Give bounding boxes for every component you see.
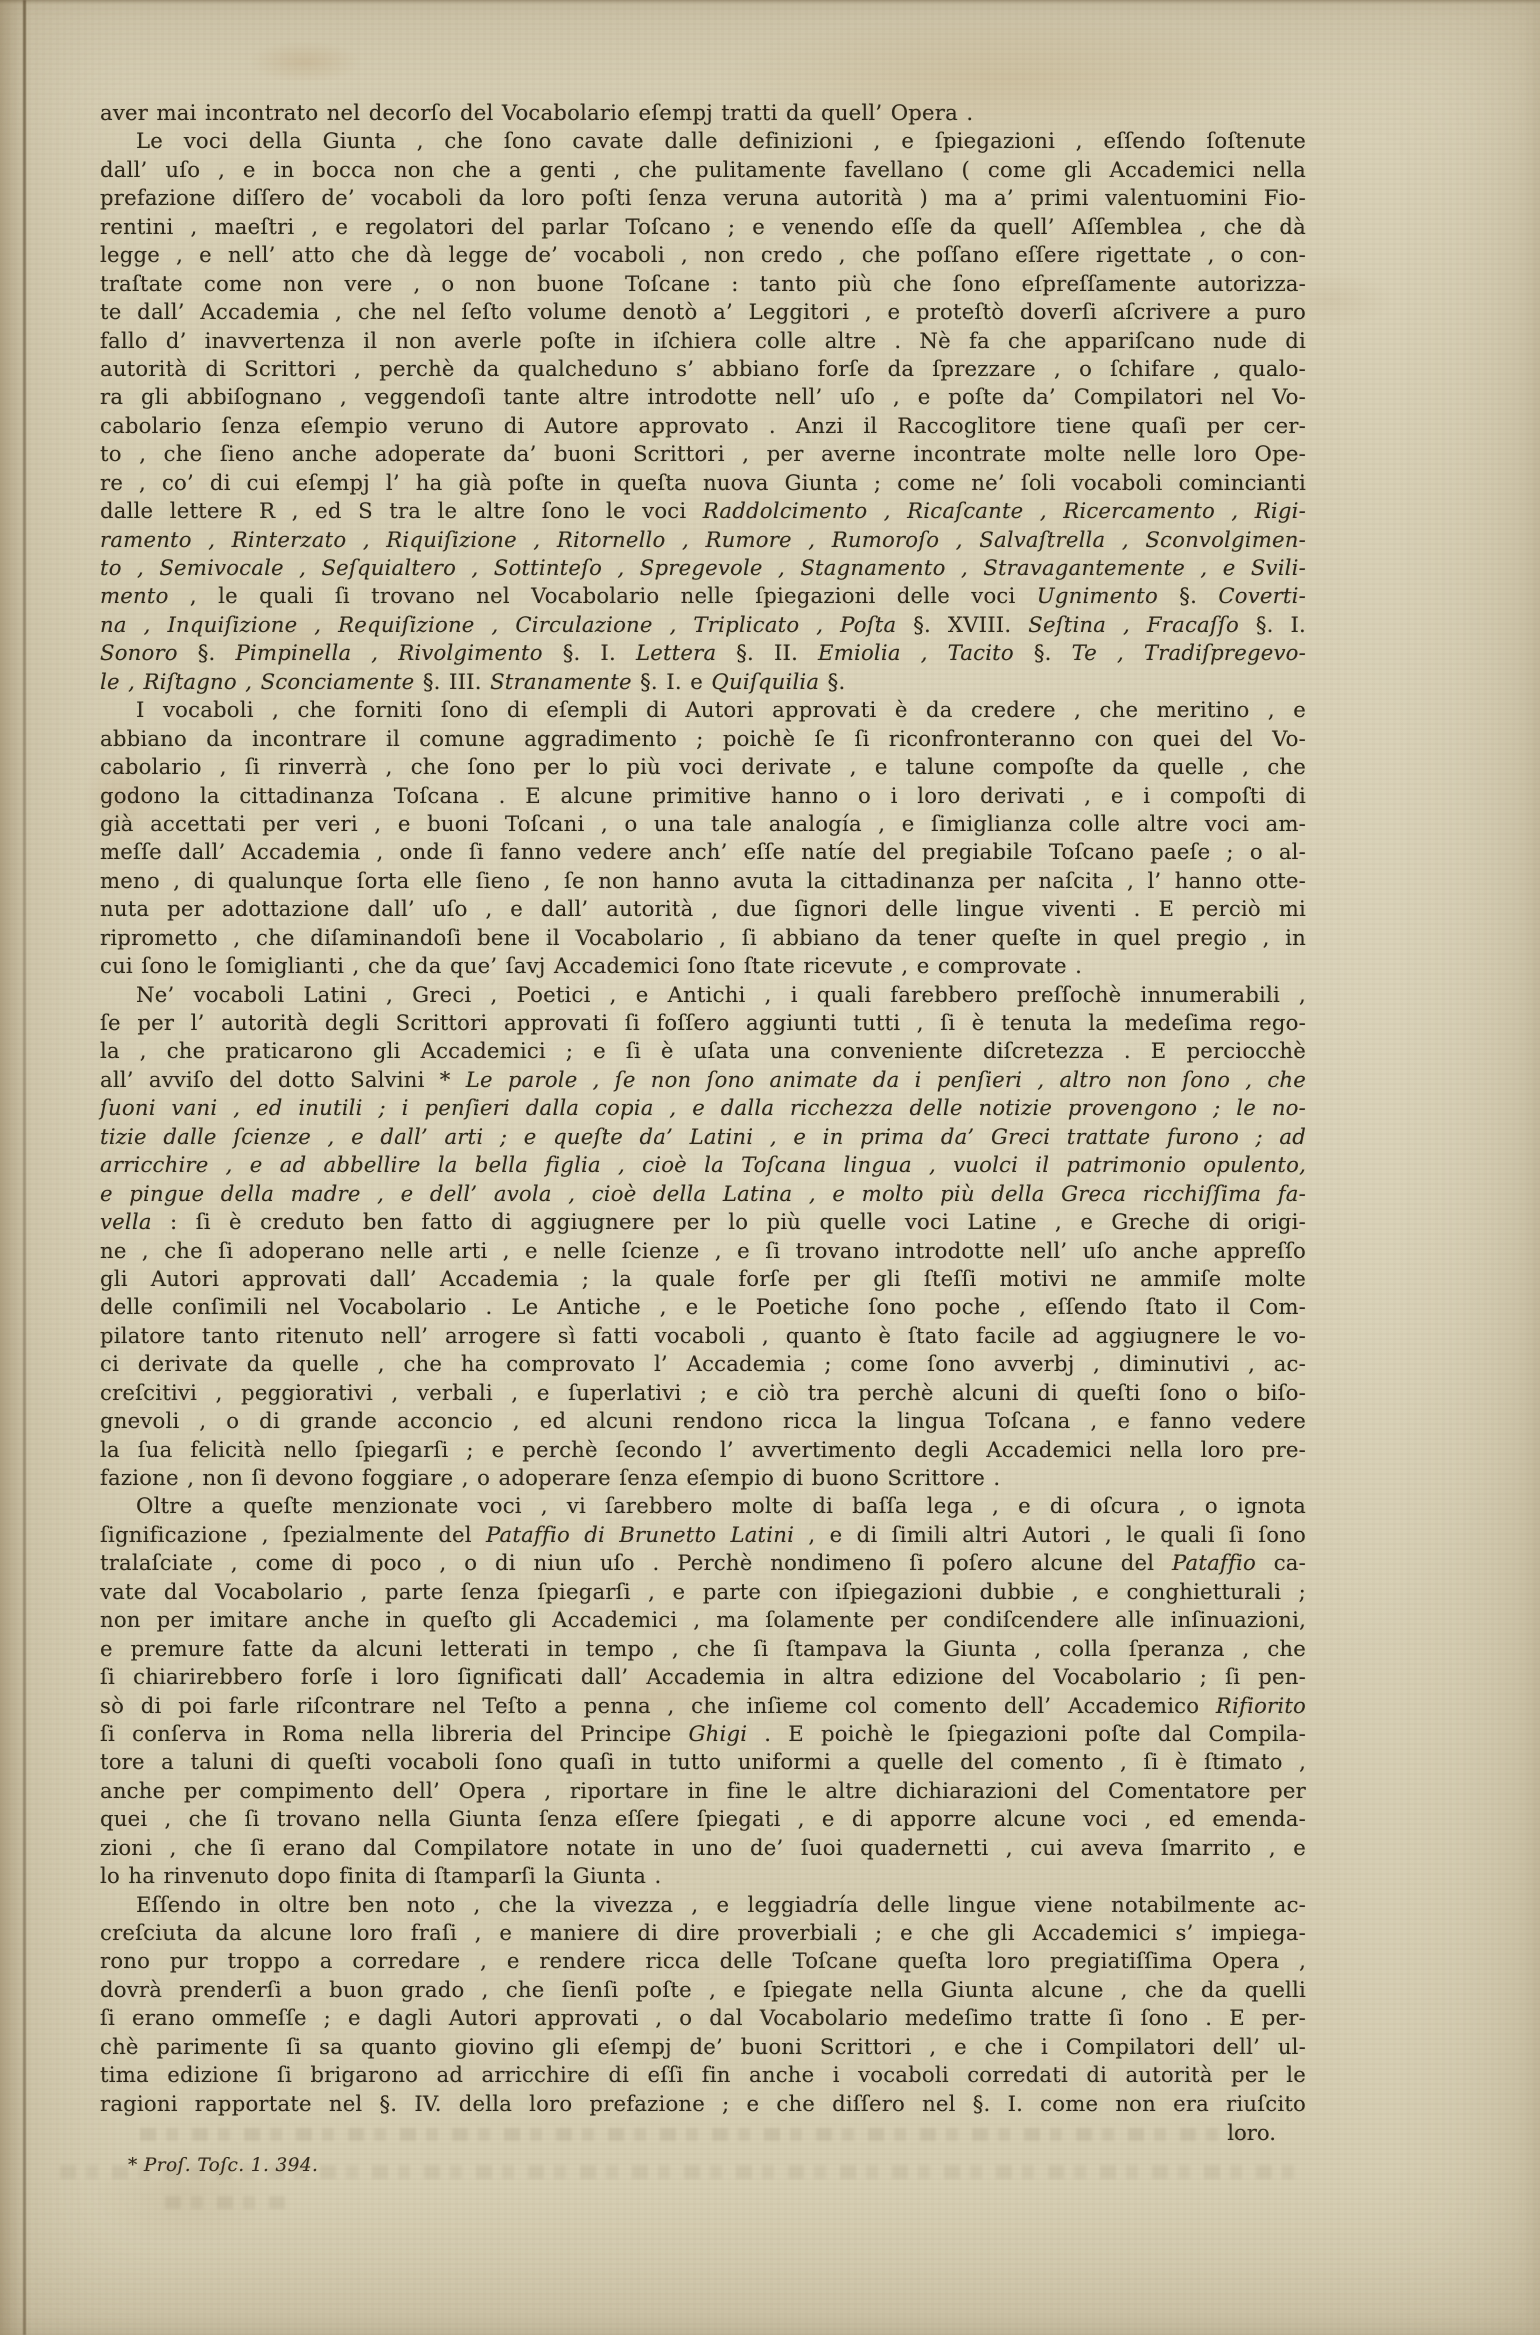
text-segment: §. XVIII.: [896, 612, 1028, 637]
text-segment: ci derivate da quelle , che ha comprovat…: [100, 1351, 1306, 1376]
text-segment: già accettati per veri , e buoni Toſcani…: [100, 811, 1306, 836]
italic-text-segment: Ugnimento: [1037, 583, 1158, 608]
text-segment: creſcitivi , peggiorativi , verbali , e …: [100, 1380, 1306, 1405]
text-line: vate dal Vocabolario , parte ſenza ſpieg…: [100, 1578, 1306, 1606]
text-segment: zioni , che ſi erano dal Compilatore not…: [100, 1835, 1306, 1860]
text-segment: ſi conſerva in Roma nella libreria del P…: [100, 1721, 689, 1746]
text-segment: dall’ uſo , e in bocca non che a genti ,…: [100, 157, 1306, 182]
italic-text-segment: Rifiorito: [1216, 1693, 1306, 1718]
italic-text-segment: Ghigi: [689, 1721, 748, 1746]
text-line: cui ſono le ſomiglianti , che da que’ ſa…: [100, 952, 1306, 980]
text-segment: pilatore tanto ritenuto nell’ arrogere s…: [100, 1323, 1306, 1348]
text-segment: gli Autori approvati dall’ Accademia ; l…: [100, 1266, 1306, 1291]
italic-text-segment: tizie dalle ſcienze , e dall’ arti ; e q…: [100, 1124, 1306, 1149]
text-segment: cui ſono le ſomiglianti , che da que’ ſa…: [100, 953, 1082, 978]
page-top-edge: [0, 0, 1540, 4]
footnote: * Proſ. Toſc. 1. 394.: [128, 2154, 318, 2178]
text-line: fazione , non ſi devono foggiare , o ado…: [100, 1464, 1306, 1492]
text-line: vella : ſi è creduto ben fatto di aggiug…: [100, 1208, 1306, 1236]
text-line: e pingue della madre , e dell’ avola , c…: [100, 1180, 1306, 1208]
text-line: tralaſciate , come di poco , o di niun u…: [100, 1549, 1306, 1577]
text-line: na , Inquiſizione , Requiſizione , Circu…: [100, 611, 1306, 639]
italic-text-segment: Pataffio: [1172, 1550, 1256, 1575]
text-line: ramento , Rinterzato , Riquiſizione , Ri…: [100, 526, 1306, 554]
text-segment: ſignificazione , ſpezialmente del: [100, 1522, 486, 1547]
text-segment: rentini , maeſtri , e regolatori del par…: [100, 214, 1306, 239]
italic-text-segment: Quiſquilia: [711, 669, 819, 694]
text-line: re , co’ di cui eſempj l’ ha già poſte i…: [100, 469, 1306, 497]
text-line: creſcitivi , peggiorativi , verbali , e …: [100, 1379, 1306, 1407]
text-segment: traſtate come non vere , o non buone Toſ…: [100, 271, 1306, 296]
text-segment: fazione , non ſi devono foggiare , o ado…: [100, 1465, 1000, 1490]
italic-text-segment: Pataffio di Brunetto Latini: [486, 1522, 794, 1547]
text-segment: meno , di qualunque ſorta elle ſieno , ſ…: [100, 868, 1306, 893]
text-line: godono la cittadinanza Toſcana . E alcun…: [100, 782, 1306, 810]
italic-text-segment: Lettera: [636, 640, 716, 665]
text-line: ci derivate da quelle , che ha comprovat…: [100, 1350, 1306, 1378]
text-line: legge , e nell’ atto che dà legge de’ vo…: [100, 241, 1306, 269]
text-line: I vocaboli , che forniti ſono di eſempli…: [100, 696, 1306, 724]
text-segment: autorità di Scrittori , perchè da qualch…: [100, 356, 1306, 381]
italic-text-segment: le , Riſtagno , Sconciamente: [100, 669, 414, 694]
text-segment: rono pur troppo a corredare , e rendere …: [100, 1948, 1306, 1973]
italic-text-segment: Seſtina , Fracaſſo: [1028, 612, 1239, 637]
text-segment: la ſua felicità nello ſpiegarſi ; e perc…: [100, 1437, 1306, 1462]
text-segment: to , che ſieno anche adoperate da’ buoni…: [100, 441, 1306, 466]
text-segment: ragioni rapportate nel §. IV. della loro…: [100, 2091, 1306, 2116]
book-page: { "document": { "kind": "printed-book-pa…: [0, 0, 1540, 2335]
text-segment: sò di poi farle riſcontrare nel Teſto a …: [100, 1693, 1216, 1718]
text-segment: godono la cittadinanza Toſcana . E alcun…: [100, 783, 1306, 808]
text-line: tore a taluni di queſti vocaboli ſono qu…: [100, 1748, 1306, 1776]
text-segment: §.: [1158, 583, 1218, 608]
text-line: ſignificazione , ſpezialmente del Pataff…: [100, 1521, 1306, 1549]
text-line: ſi chiarirebbero forſe i loro ſignificat…: [100, 1663, 1306, 1691]
text-segment: quei , che ſi trovano nella Giunta ſenza…: [100, 1806, 1306, 1831]
text-segment: ne , che ſi adoperano nelle arti , e nel…: [100, 1238, 1306, 1263]
text-segment: ſi erano ommeſſe ; e dagli Autori approv…: [100, 2005, 1306, 2030]
text-segment: gnevoli , o di grande acconcio , ed alcu…: [100, 1408, 1306, 1433]
text-line: cabolario , ſi rinverrà , che ſono per l…: [100, 753, 1306, 781]
text-line: sò di poi farle riſcontrare nel Teſto a …: [100, 1692, 1306, 1720]
text-line: le , Riſtagno , Sconciamente §. III. Str…: [100, 668, 1306, 696]
text-line: quei , che ſi trovano nella Giunta ſenza…: [100, 1805, 1306, 1833]
text-segment: §.: [1014, 640, 1072, 665]
text-line: e premure fatte da alcuni letterati in t…: [100, 1635, 1306, 1663]
italic-text-segment: Coverti-: [1218, 583, 1306, 608]
italic-text-segment: na , Inquiſizione , Requiſizione , Circu…: [100, 612, 896, 637]
text-line: abbiano da incontrare il comune aggradim…: [100, 725, 1306, 753]
text-line: rentini , maeſtri , e regolatori del par…: [100, 213, 1306, 241]
text-segment: Le voci della Giunta , che ſono cavate d…: [136, 128, 1306, 153]
italic-text-segment: Raddolcimento , Ricaſcante , Ricercament…: [703, 498, 1306, 523]
text-segment: §. I. e: [632, 669, 712, 694]
text-line: Ne’ vocaboli Latini , Greci , Poetici , …: [100, 981, 1306, 1009]
text-segment: §. I.: [1239, 612, 1306, 637]
text-line: lo ha rinvenuto dopo finita di ſtamparſi…: [100, 1862, 1306, 1890]
text-segment: §. I.: [543, 640, 636, 665]
text-segment: lo ha rinvenuto dopo finita di ſtamparſi…: [100, 1863, 661, 1888]
text-segment: dovrà prenderſi a buon grado , che ſienſ…: [100, 1977, 1306, 2002]
text-line: zioni , che ſi erano dal Compilatore not…: [100, 1834, 1306, 1862]
text-line: autorità di Scrittori , perchè da qualch…: [100, 355, 1306, 383]
text-segment: ra gli abbiſognano , veggendoſi tante al…: [100, 384, 1306, 409]
text-line: ne , che ſi adoperano nelle arti , e nel…: [100, 1237, 1306, 1265]
text-line: cabolario ſenza eſempio veruno di Autore…: [100, 412, 1306, 440]
italic-text-segment: vella: [100, 1209, 152, 1234]
text-segment: Ne’ vocaboli Latini , Greci , Poetici , …: [136, 982, 1306, 1007]
text-segment: §.: [178, 640, 236, 665]
text-line: arricchire , e ad abbellire la bella fig…: [100, 1151, 1306, 1179]
italic-text-segment: Stranamente: [490, 669, 632, 694]
text-segment: riprometto , che diſaminandoſi bene il V…: [100, 925, 1306, 950]
text-line: delle conſimili nel Vocabolario . Le Ant…: [100, 1293, 1306, 1321]
italic-text-segment: arricchire , e ad abbellire la bella fig…: [100, 1152, 1306, 1177]
text-line: mento , le quali ſi trovano nel Vocabola…: [100, 582, 1306, 610]
text-line: Sonoro §. Pimpinella , Rivolgimento §. I…: [100, 639, 1306, 667]
text-line: ragioni rapportate nel §. IV. della loro…: [100, 2090, 1306, 2118]
text-line: aver mai incontrato nel decorſo del Voca…: [100, 99, 1306, 127]
text-line: tizie dalle ſcienze , e dall’ arti ; e q…: [100, 1123, 1306, 1151]
text-line: gli Autori approvati dall’ Accademia ; l…: [100, 1265, 1306, 1293]
text-line: Oltre a queſte menzionate voci , vi ſare…: [100, 1492, 1306, 1520]
text-segment: re , co’ di cui eſempj l’ ha già poſte i…: [100, 470, 1306, 495]
text-line: to , Semivocale , Seſquialtero , Sottint…: [100, 554, 1306, 582]
text-line: creſciuta da alcune loro fraſi , e manie…: [100, 1919, 1306, 1947]
text-line: ſi conſerva in Roma nella libreria del P…: [100, 1720, 1306, 1748]
text-segment: te dall’ Accademia , che nel ſeſto volum…: [100, 299, 1306, 324]
text-line: ſe per l’ autorità degli Scrittori appro…: [100, 1009, 1306, 1037]
text-segment: Eſſendo in oltre ben noto , che la vivez…: [136, 1892, 1306, 1917]
italic-text-segment: Pimpinella , Rivolgimento: [235, 640, 542, 665]
text-line: pilatore tanto ritenuto nell’ arrogere s…: [100, 1322, 1306, 1350]
text-segment: nuta per adottazione dall’ uſo , e dall’…: [100, 896, 1306, 921]
italic-text-segment: ramento , Rinterzato , Riquiſizione , Ri…: [100, 527, 1306, 552]
text-line: la , che praticarono gli Accademici ; e …: [100, 1037, 1306, 1065]
italic-text-segment: e pingue della madre , e dell’ avola , c…: [100, 1181, 1306, 1206]
text-segment: chè parimente ſi sa quanto giovino gli e…: [100, 2034, 1306, 2059]
text-line: non per imitare anche in queſto gli Acca…: [100, 1606, 1306, 1634]
text-line: meno , di qualunque ſorta elle ſieno , ſ…: [100, 867, 1306, 895]
text-line: fallo d’ inavvertenza il non averle poſt…: [100, 327, 1306, 355]
text-line: gnevoli , o di grande acconcio , ed alcu…: [100, 1407, 1306, 1435]
text-line: ſuoni vani , ed inutili ; i penſieri dal…: [100, 1094, 1306, 1122]
text-line: to , che ſieno anche adoperate da’ buoni…: [100, 440, 1306, 468]
text-segment: : ſi è creduto ben fatto di aggiugnere p…: [152, 1209, 1306, 1234]
text-segment: ca-: [1256, 1550, 1306, 1575]
text-line: ra gli abbiſognano , veggendoſi tante al…: [100, 383, 1306, 411]
text-line: prefazione diſſero de’ vocaboli da loro …: [100, 184, 1306, 212]
text-segment: Oltre a queſte menzionate voci , vi ſare…: [136, 1493, 1306, 1518]
text-segment: §. III.: [414, 669, 490, 694]
text-line: chè parimente ſi sa quanto giovino gli e…: [100, 2033, 1306, 2061]
text-segment: cabolario , ſi rinverrà , che ſono per l…: [100, 754, 1306, 779]
text-segment: §. II.: [716, 640, 818, 665]
text-line: la ſua felicità nello ſpiegarſi ; e perc…: [100, 1436, 1306, 1464]
italic-text-segment: mento: [100, 583, 169, 608]
text-segment: anche per compimento dell’ Opera , ripor…: [100, 1778, 1306, 1803]
text-segment: all’ avviſo del dotto Salvini *: [100, 1067, 466, 1092]
italic-text-segment: ſuoni vani , ed inutili ; i penſieri dal…: [100, 1095, 1306, 1120]
text-line: traſtate come non vere , o non buone Toſ…: [100, 270, 1306, 298]
italic-text-segment: Sonoro: [100, 640, 178, 665]
text-segment: abbiano da incontrare il comune aggradim…: [100, 726, 1306, 751]
italic-text-segment: Le parole , ſe non ſono animate da i pen…: [466, 1067, 1306, 1092]
text-segment: non per imitare anche in queſto gli Acca…: [100, 1607, 1306, 1632]
text-segment: creſciuta da alcune loro fraſi , e manie…: [100, 1920, 1306, 1945]
text-line: tima edizione ſi brigarono ad arricchire…: [100, 2061, 1306, 2089]
text-line: anche per compimento dell’ Opera , ripor…: [100, 1777, 1306, 1805]
text-segment: §.: [819, 669, 845, 694]
text-line: dovrà prenderſi a buon grado , che ſienſ…: [100, 1976, 1306, 2004]
page-text: aver mai incontrato nel decorſo del Voca…: [100, 99, 1306, 2118]
binding-gutter-line: [23, 0, 26, 2335]
text-line: Le voci della Giunta , che ſono cavate d…: [100, 127, 1306, 155]
italic-text-segment: to , Semivocale , Seſquialtero , Sottint…: [100, 555, 1306, 580]
text-segment: prefazione diſſero de’ vocaboli da loro …: [100, 185, 1306, 210]
text-segment: meſſe dall’ Accademia , onde ſi fanno ve…: [100, 839, 1306, 864]
text-segment: legge , e nell’ atto che dà legge de’ vo…: [100, 242, 1306, 267]
text-segment: tima edizione ſi brigarono ad arricchire…: [100, 2062, 1306, 2087]
text-line: rono pur troppo a corredare , e rendere …: [100, 1947, 1306, 1975]
text-segment: I vocaboli , che forniti ſono di eſempli…: [136, 697, 1306, 722]
text-segment: ſe per l’ autorità degli Scrittori appro…: [100, 1010, 1306, 1035]
catchword: loro.: [100, 2119, 1306, 2147]
text-line: già accettati per veri , e buoni Toſcani…: [100, 810, 1306, 838]
italic-text-segment: Emiolia , Tacito: [818, 640, 1014, 665]
text-segment: cabolario ſenza eſempio veruno di Autore…: [100, 413, 1306, 438]
text-segment: tore a taluni di queſti vocaboli ſono qu…: [100, 1749, 1306, 1774]
text-line: dall’ uſo , e in bocca non che a genti ,…: [100, 156, 1306, 184]
text-line: meſſe dall’ Accademia , onde ſi fanno ve…: [100, 838, 1306, 866]
text-segment: tralaſciate , come di poco , o di niun u…: [100, 1550, 1172, 1575]
italic-text-segment: Te , Tradiſpregevo-: [1072, 640, 1306, 665]
text-line: ſi erano ommeſſe ; e dagli Autori approv…: [100, 2004, 1306, 2032]
text-segment: aver mai incontrato nel decorſo del Voca…: [100, 100, 973, 125]
text-line: Eſſendo in oltre ben noto , che la vivez…: [100, 1891, 1306, 1919]
text-line: riprometto , che diſaminandoſi bene il V…: [100, 924, 1306, 952]
text-segment: delle conſimili nel Vocabolario . Le Ant…: [100, 1294, 1306, 1319]
text-segment: dalle lettere R , ed S tra le altre ſono…: [100, 498, 703, 523]
text-line: dalle lettere R , ed S tra le altre ſono…: [100, 497, 1306, 525]
text-line: te dall’ Accademia , che nel ſeſto volum…: [100, 298, 1306, 326]
text-segment: , e di ſimili altri Autori , le quali ſi…: [794, 1522, 1306, 1547]
text-segment: ſi chiarirebbero forſe i loro ſignificat…: [100, 1664, 1306, 1689]
text-segment: . E poichè le ſpiegazioni poſte dal Comp…: [747, 1721, 1306, 1746]
text-segment: e premure fatte da alcuni letterati in t…: [100, 1636, 1306, 1661]
text-segment: , le quali ſi trovano nel Vocabolario ne…: [169, 583, 1037, 608]
text-segment: vate dal Vocabolario , parte ſenza ſpieg…: [100, 1579, 1306, 1604]
text-segment: fallo d’ inavvertenza il non averle poſt…: [100, 328, 1306, 353]
text-line: nuta per adottazione dall’ uſo , e dall’…: [100, 895, 1306, 923]
text-line: all’ avviſo del dotto Salvini * Le parol…: [100, 1066, 1306, 1094]
text-segment: la , che praticarono gli Accademici ; e …: [100, 1038, 1306, 1063]
